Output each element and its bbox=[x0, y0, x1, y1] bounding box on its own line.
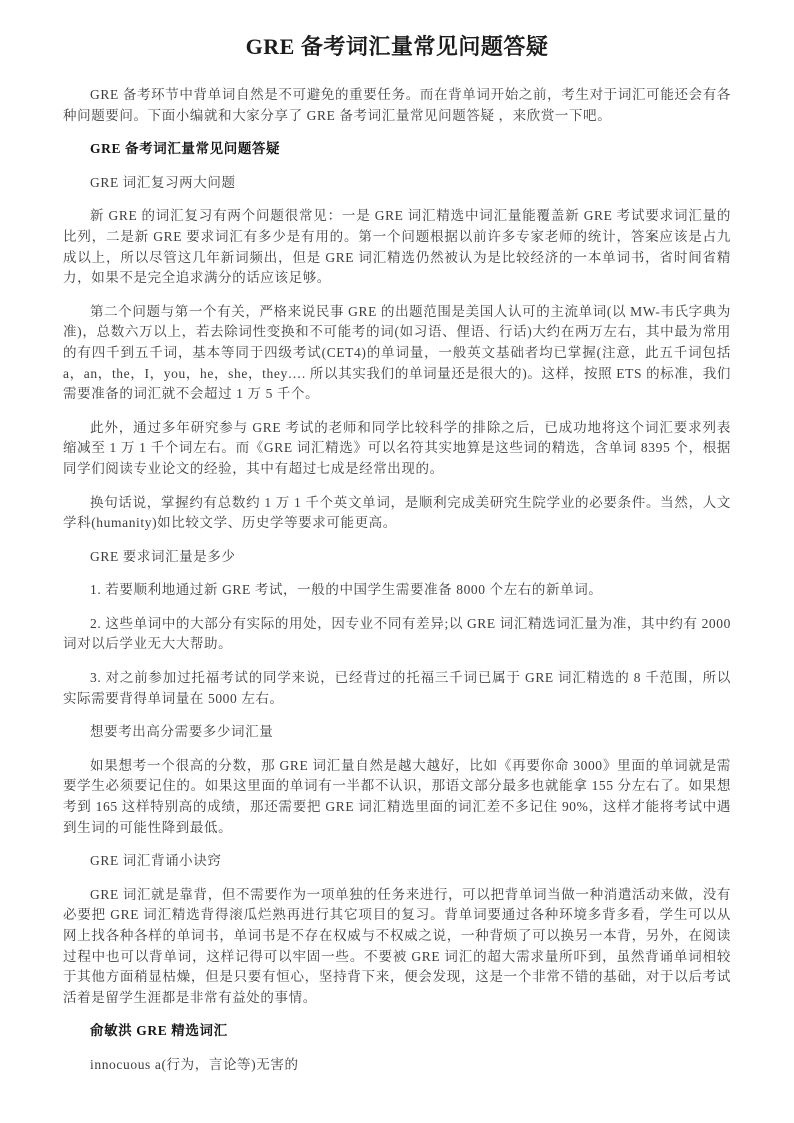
paragraph: 换句话说，掌握约有总数约 1 万 1 千个英文单词，是顺利完成美研究生院学业的必… bbox=[63, 493, 731, 534]
section-heading: GRE 备考词汇量常见问题答疑 bbox=[63, 139, 731, 160]
paragraph: GRE 要求词汇量是多少 bbox=[63, 547, 731, 568]
document-page: GRE 备考词汇量常见问题答疑 GRE 备考环节中背单词自然是不可避免的重要任务… bbox=[0, 0, 794, 1123]
paragraph: GRE 词汇就是靠背，但不需要作为一项单独的任务来进行，可以把背单词当做一种消遣… bbox=[63, 885, 731, 1009]
paragraph: 1. 若要顺利地通过新 GRE 考试，一般的中国学生需要准备 8000 个左右的… bbox=[63, 580, 731, 601]
paragraph: 3. 对之前参加过托福考试的同学来说，已经背过的托福三千词已属于 GRE 词汇精… bbox=[63, 668, 731, 709]
document-title: GRE 备考词汇量常见问题答疑 bbox=[63, 32, 731, 62]
paragraph: 2. 这些单词中的大部分有实际的用处，因专业不同有差异;以 GRE 词汇精选词汇… bbox=[63, 614, 731, 655]
paragraph: GRE 词汇复习两大问题 bbox=[63, 173, 731, 194]
paragraph: 第二个问题与第一个有关，严格来说民事 GRE 的出题范围是美国人认可的主流单词(… bbox=[63, 302, 731, 405]
paragraph: 新 GRE 的词汇复习有两个问题很常见：一是 GRE 词汇精选中词汇量能覆盖新 … bbox=[63, 206, 731, 288]
section-heading: 俞敏洪 GRE 精选词汇 bbox=[63, 1021, 731, 1042]
paragraph: 此外，通过多年研究参与 GRE 考试的老师和同学比较科学的排除之后，已成功地将这… bbox=[63, 418, 731, 480]
paragraph: 如果想考一个很高的分数，那 GRE 词汇量自然是越大越好，比如《再要你命 300… bbox=[63, 756, 731, 838]
document-body: GRE 备考环节中背单词自然是不可避免的重要任务。而在背单词开始之前，考生对于词… bbox=[63, 85, 731, 1076]
paragraph: GRE 备考环节中背单词自然是不可避免的重要任务。而在背单词开始之前，考生对于词… bbox=[63, 85, 731, 126]
paragraph: 想要考出高分需要多少词汇量 bbox=[63, 722, 731, 743]
paragraph: innocuous a(行为，言论等)无害的 bbox=[63, 1055, 731, 1076]
paragraph: GRE 词汇背诵小诀窍 bbox=[63, 851, 731, 872]
